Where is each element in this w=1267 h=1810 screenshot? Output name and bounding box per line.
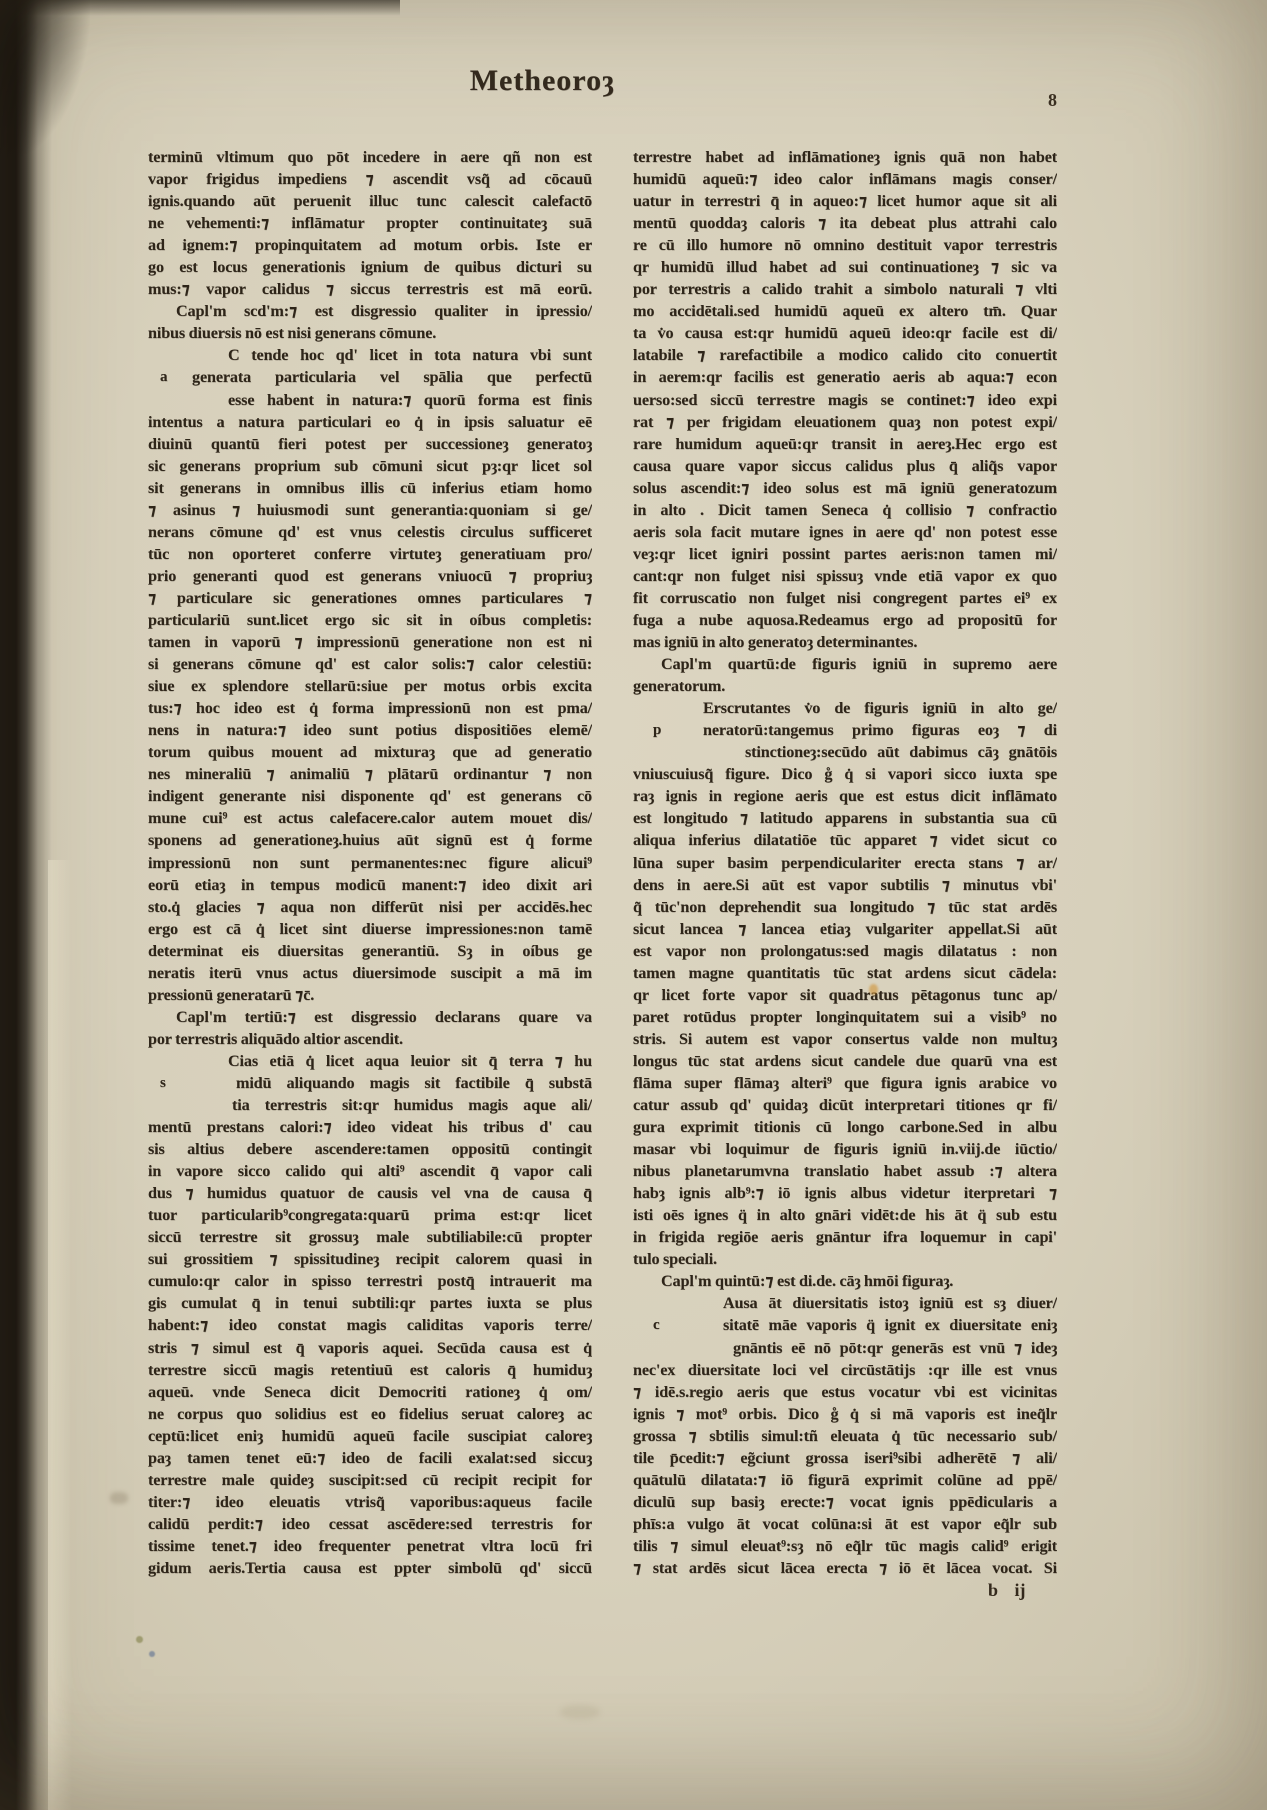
text-line: neratis iterū vnus actus diuersimode sus… xyxy=(148,962,592,984)
text-line: sponens ad generationeȝ.huius aūt signū … xyxy=(148,829,592,851)
text-line: lūna super basim perpendiculariter erect… xyxy=(633,852,1057,874)
text-line: sui grossitiem ⁊ spissitudineȝ recipit c… xyxy=(148,1248,592,1270)
text-line: neratorū:tangemus primo figuras eoȝ ⁊ di… xyxy=(633,719,1057,741)
text-line: grossa ⁊ sbtilis simul:tñ eleuata q̇ tūc… xyxy=(633,1425,1057,1447)
text-line: generata particularia vel spālia que per… xyxy=(148,366,592,388)
text-line: generatorum. xyxy=(633,675,1057,697)
text-line: gura exprimit titionis cū longo carbone.… xyxy=(633,1116,1057,1138)
text-line: ergo est cā q̇ licet sint diuerse impres… xyxy=(148,918,592,940)
text-line: intentus a natura particulari eo q̇ in i… xyxy=(148,411,592,433)
guide-letter: s xyxy=(160,1072,166,1094)
text-line: Capl'm quintū:⁊ est di.de. cāȝ hmōi figu… xyxy=(633,1270,1057,1292)
binding-shadow xyxy=(0,0,52,1810)
text-line: terrestre male quideȝ suscipit:sed cū re… xyxy=(148,1469,592,1491)
text-line: masar vbi loquimur de figuris igniū in.v… xyxy=(633,1138,1057,1160)
text-line: paȝ tamen tenet eū:⁊ ideo de facili exal… xyxy=(148,1447,592,1469)
text-line: titer:⁊ ideo eleuatis vtrisq̃ vaporibus:… xyxy=(148,1491,592,1513)
text-line: Capl'm quartū:de figuris igniū in suprem… xyxy=(633,653,1057,675)
text-line: go est locus generationis ignium de quib… xyxy=(148,256,592,278)
text-line: nerans cōmune qd' est vnus celestis circ… xyxy=(148,521,592,543)
text-line: fuga a nube aquosa.Redeamus ergo ad prop… xyxy=(633,609,1057,631)
text-line: ad ignem:⁊ propinquitatem ad motum orbis… xyxy=(148,234,592,256)
text-line: aliqua inferius dilatatiōe tūc apparet ⁊… xyxy=(633,829,1057,851)
text-line: particulariū sunt.licet ergo sic sit in … xyxy=(148,609,592,631)
text-line: siccū terrestre sit grossuȝ male subtili… xyxy=(148,1226,592,1248)
text-line: terminū vltimum quo pōt incedere in aere… xyxy=(148,146,592,168)
text-line: ⁊ particulare sic generationes omnes par… xyxy=(148,587,592,609)
text-line: tilis ⁊ simul eleuat⁹:sȝ nō eq̃lr tūc ma… xyxy=(633,1535,1057,1557)
paper-smudge xyxy=(560,1705,600,1719)
text-line: dens in aere.Si aūt est vapor subtilis ⁊… xyxy=(633,874,1057,896)
text-line: flāma super flāmaȝ alteri⁹ que figura ig… xyxy=(633,1072,1057,1094)
text-line: aqueū. vnde Seneca dicit Democriti ratio… xyxy=(148,1381,592,1403)
text-line: prio generanti quod est generans vniuocū… xyxy=(148,565,592,587)
left-column: terminū vltimum quo pōt incedere in aere… xyxy=(148,146,592,1579)
text-line: est longitudo ⁊ latitudo apparens in sub… xyxy=(633,807,1057,829)
text-line: in aerem:qr facilis est generatio aeris … xyxy=(633,366,1057,388)
paper-speck xyxy=(149,1651,155,1657)
book-page-scan: Metheoroȝ 8 terminū vltimum quo pōt ince… xyxy=(0,0,1267,1810)
text-line: tamen magne quantitatis tūc stat ardens … xyxy=(633,962,1057,984)
running-title: Metheoroȝ xyxy=(392,64,692,98)
text-line: pressionū generatarū ⁊c̄. xyxy=(148,984,592,1006)
text-line: Cias etiā q̇ licet aqua leuior sit q̄ te… xyxy=(148,1050,592,1072)
text-line: tia terrestris sit:qr humidus magis aque… xyxy=(148,1094,592,1116)
text-line: tulo speciali. xyxy=(633,1248,1057,1270)
text-line: si generans cōmune qd' est calor solis:⁊… xyxy=(148,653,592,675)
text-line: ignis.quando aūt peruenit illuc tunc cal… xyxy=(148,190,592,212)
text-line: ne vehementi:⁊ inflāmatur propter contin… xyxy=(148,212,592,234)
text-line: mas igniū in alto generatoȝ determinante… xyxy=(633,631,1057,653)
text-line: siue ex splendore stellarū:siue per motu… xyxy=(148,675,592,697)
folio-number: 8 xyxy=(1048,90,1057,111)
text-line: aeris sola facit mutare ignes in aere qd… xyxy=(633,521,1057,543)
text-line: humidū aqueū:⁊ ideo calor inflāmans magi… xyxy=(633,168,1057,190)
text-line: sic generans proprium sub cōmuni sicut p… xyxy=(148,455,592,477)
text-line: tūc non oporteret conferre virtuteȝ gene… xyxy=(148,543,592,565)
text-line: rat ⁊ per frigidam eleuationem quaȝ non … xyxy=(633,411,1057,433)
text-line: fit corruscatio non fulget nisi congrege… xyxy=(633,587,1057,609)
text-line: C tende hoc qd' licet in tota natura vbi… xyxy=(148,344,592,366)
text-line: est vapor non prolongatus:sed magis dila… xyxy=(633,940,1057,962)
text-line: Ausa āt diuersitatis istoȝ igniū est sȝ … xyxy=(633,1292,1057,1314)
text-line: catur assub qd' quidaȝ dicūt interpretar… xyxy=(633,1094,1057,1116)
page-edge-highlight xyxy=(48,860,72,1810)
text-line: nec'ex diuersitate loci vel circūstātijs… xyxy=(633,1359,1057,1381)
text-line: sicut lancea ⁊ lancea etiaȝ vulgariter a… xyxy=(633,918,1057,940)
guide-letter: p xyxy=(653,719,661,741)
text-line: tamen in vaporū ⁊ impressionū generation… xyxy=(148,631,592,653)
text-line: stris ⁊ simul est q̄ vaporis aquei. Secū… xyxy=(148,1337,592,1359)
guide-letter: c xyxy=(653,1314,660,1336)
text-line: nibus diuersis nō est nisi generans cōmu… xyxy=(148,322,592,344)
text-line: ta v̇o causa est:qr humidū aqueū ideo:qr… xyxy=(633,322,1057,344)
text-line: gis cumulat q̄ in tenui subtili:qr parte… xyxy=(148,1292,592,1314)
text-line: tus:⁊ hoc ideo est q̇ forma impressionū … xyxy=(148,697,592,719)
text-line: rare humidum aqueū:qr transit in aereȝ.H… xyxy=(633,433,1057,455)
text-line: mo accidētali.sed humidū aqueū ex altero… xyxy=(633,300,1057,322)
text-line: mune cui⁹ est actus calefacere.calor aut… xyxy=(148,807,592,829)
text-line: uerso:sed siccū terrestre magis se conti… xyxy=(633,389,1057,411)
text-line: raȝ ignis in regione aeris que est estus… xyxy=(633,785,1057,807)
text-line: longus tūc stat ardens sicut candele due… xyxy=(633,1050,1057,1072)
text-line: terrestre habet ad inflāmationeȝ ignis q… xyxy=(633,146,1057,168)
text-line: solus ascendit:⁊ ideo solus est mā igniū… xyxy=(633,477,1057,499)
paper-speck xyxy=(136,1636,143,1643)
text-line: Capl'm tertiū:⁊ est disgressio declarans… xyxy=(148,1006,592,1028)
signature-mark: b ij xyxy=(988,1580,1026,1601)
text-line: ceptū:licet eniȝ humidū aqueū facile sus… xyxy=(148,1425,592,1447)
text-line: esse habent in natura:⁊ quorū forma est … xyxy=(148,389,592,411)
text-line: eorū etiaȝ in tempus modicū manent:⁊ ide… xyxy=(148,874,592,896)
text-line: habent:⁊ ideo constat magis caliditas va… xyxy=(148,1314,592,1336)
text-line: in vapore sicco calido qui alti⁹ ascendi… xyxy=(148,1160,592,1182)
text-line: midū aliquando magis sit factibile q̄ su… xyxy=(148,1072,592,1094)
text-line: calidū perdit:⁊ ideo cessat ascēdere:sed… xyxy=(148,1513,592,1535)
text-line: vapor frigidus impediens ⁊ ascendit vsq̃… xyxy=(148,168,592,190)
text-line: uatur in terrestri q̄ in aqueo:⁊ licet h… xyxy=(633,190,1057,212)
top-edge-shadow xyxy=(0,0,400,16)
text-line: stinctioneȝ:secūdo aūt dabimus cāȝ gnātō… xyxy=(633,741,1057,763)
text-line: dus ⁊ humidus quatuor de causis vel vna … xyxy=(148,1182,592,1204)
text-line: diuinū quantū fieri potest per successio… xyxy=(148,433,592,455)
text-line: determinat eis diuersitas generantiū. Sȝ… xyxy=(148,940,592,962)
text-line: tissime tenet.⁊ ideo frequenter penetrat… xyxy=(148,1535,592,1557)
text-line: cant:qr non fulget nisi spissuȝ vnde eti… xyxy=(633,565,1057,587)
text-line: nes mineraliū ⁊ animaliū ⁊ plātarū ordin… xyxy=(148,763,592,785)
text-line: qr humidū illud habet ad sui continuatio… xyxy=(633,256,1057,278)
text-line: ignis ⁊ mot⁹ orbis. Dico g̊ q̇ si mā vap… xyxy=(633,1403,1057,1425)
text-line: tuor particularib⁹congregata:quarū prima… xyxy=(148,1204,592,1226)
text-line: nens in natura:⁊ ideo sunt potius dispos… xyxy=(148,719,592,741)
right-column: terrestre habet ad inflāmationeȝ ignis q… xyxy=(633,146,1057,1579)
text-line: mus:⁊ vapor calidus ⁊ siccus terrestris … xyxy=(148,278,592,300)
text-line: Erscrutantes v̇o de figuris igniū in alt… xyxy=(633,697,1057,719)
text-line: q̃ tūc'non deprehendit sua longitudo ⁊ t… xyxy=(633,896,1057,918)
text-line: sitatē māe vaporis q̈ ignit ex diuersita… xyxy=(633,1314,1057,1336)
text-line: Capl'm scd'm:⁊ est disgressio qualiter i… xyxy=(148,300,592,322)
text-line: causa quare vapor siccus calidus plus q̄… xyxy=(633,455,1057,477)
text-line: cumulo:qr calor in spisso terrestri post… xyxy=(148,1270,592,1292)
text-line: gidum aeris.Tertia causa est ppter simbo… xyxy=(148,1557,592,1579)
text-line: ⁊ asinus ⁊ huiusmodi sunt generantia:quo… xyxy=(148,499,592,521)
paper-smudge xyxy=(110,1492,128,1504)
text-line: gnāntis eē nō pōt:qr generās est vnū ⁊ i… xyxy=(633,1337,1057,1359)
text-line: latabile ⁊ rarefactibile a modico calido… xyxy=(633,344,1057,366)
text-line: habȝ ignis alb⁹:⁊ iō ignis albus videtur… xyxy=(633,1182,1057,1204)
text-line: in alto . Dicit tamen Seneca q̇ collisio… xyxy=(633,499,1057,521)
page-corner-shadow xyxy=(0,0,90,160)
text-line: stris. Si autem est vapor consertus vald… xyxy=(633,1028,1057,1050)
text-line: terrestre siccū magis retentiuū est calo… xyxy=(148,1359,592,1381)
text-line: ⁊ idē.s.regio aeris que estus vocatur vb… xyxy=(633,1381,1057,1403)
text-line: qr licet forte vapor sit quadratus pētag… xyxy=(633,984,1057,1006)
text-line: sit generans in omnibus illis cū inferiu… xyxy=(148,477,592,499)
text-line: paret rotūdus propter longinquitatem sui… xyxy=(633,1006,1057,1028)
text-line: vniuscuiusq̃ figure. Dico g̊ q̇ si vapor… xyxy=(633,763,1057,785)
text-line: por terrestris aliquādo altior ascendit. xyxy=(148,1028,592,1050)
text-line: re cū illo humore nō omnino destituit va… xyxy=(633,234,1057,256)
text-line: por terrestris a calido trahit a simbolo… xyxy=(633,278,1057,300)
text-line: mentū quoddaȝ caloris ⁊ ita debeat plus … xyxy=(633,212,1057,234)
text-line: indigent generante nisi disponente qd' e… xyxy=(148,785,592,807)
guide-letter: a xyxy=(160,366,168,388)
text-line: diculū sup basiȝ erecte:⁊ vocat ignis pp… xyxy=(633,1491,1057,1513)
text-line: tile p̄cedit:⁊ eg̃ciunt grossa iseri⁹sib… xyxy=(633,1447,1057,1469)
text-line: torum quibus mouent ad mixturaȝ que ad g… xyxy=(148,741,592,763)
text-line: quātulū dilatata:⁊ iō figurā exprimit co… xyxy=(633,1469,1057,1491)
text-line: nibus planetarumvna translatio habet ass… xyxy=(633,1160,1057,1182)
text-line: ⁊ stat ardēs sicut lācea erecta ⁊ iō ēt … xyxy=(633,1557,1057,1579)
text-line: veȝ:qr licet igniri possint partes aeris… xyxy=(633,543,1057,565)
text-line: ne corpus quo solidius est eo fidelius s… xyxy=(148,1403,592,1425)
text-line: mentū prestans calori:⁊ ideo videat his … xyxy=(148,1116,592,1138)
text-line: phīs:a vulgo āt vocat colūna:si āt est v… xyxy=(633,1513,1057,1535)
text-line: isti oēs ignes q̈ in alto gnāri vidēt:de… xyxy=(633,1204,1057,1226)
text-line: impressionū non sunt permanentes:nec fig… xyxy=(148,852,592,874)
text-line: in frigida regiōe aeris gnāntur ifra loq… xyxy=(633,1226,1057,1248)
text-line: sis altius debere ascendere:tamen opposi… xyxy=(148,1138,592,1160)
text-line: sto.q̇ glacies ⁊ aqua non differūt nisi … xyxy=(148,896,592,918)
